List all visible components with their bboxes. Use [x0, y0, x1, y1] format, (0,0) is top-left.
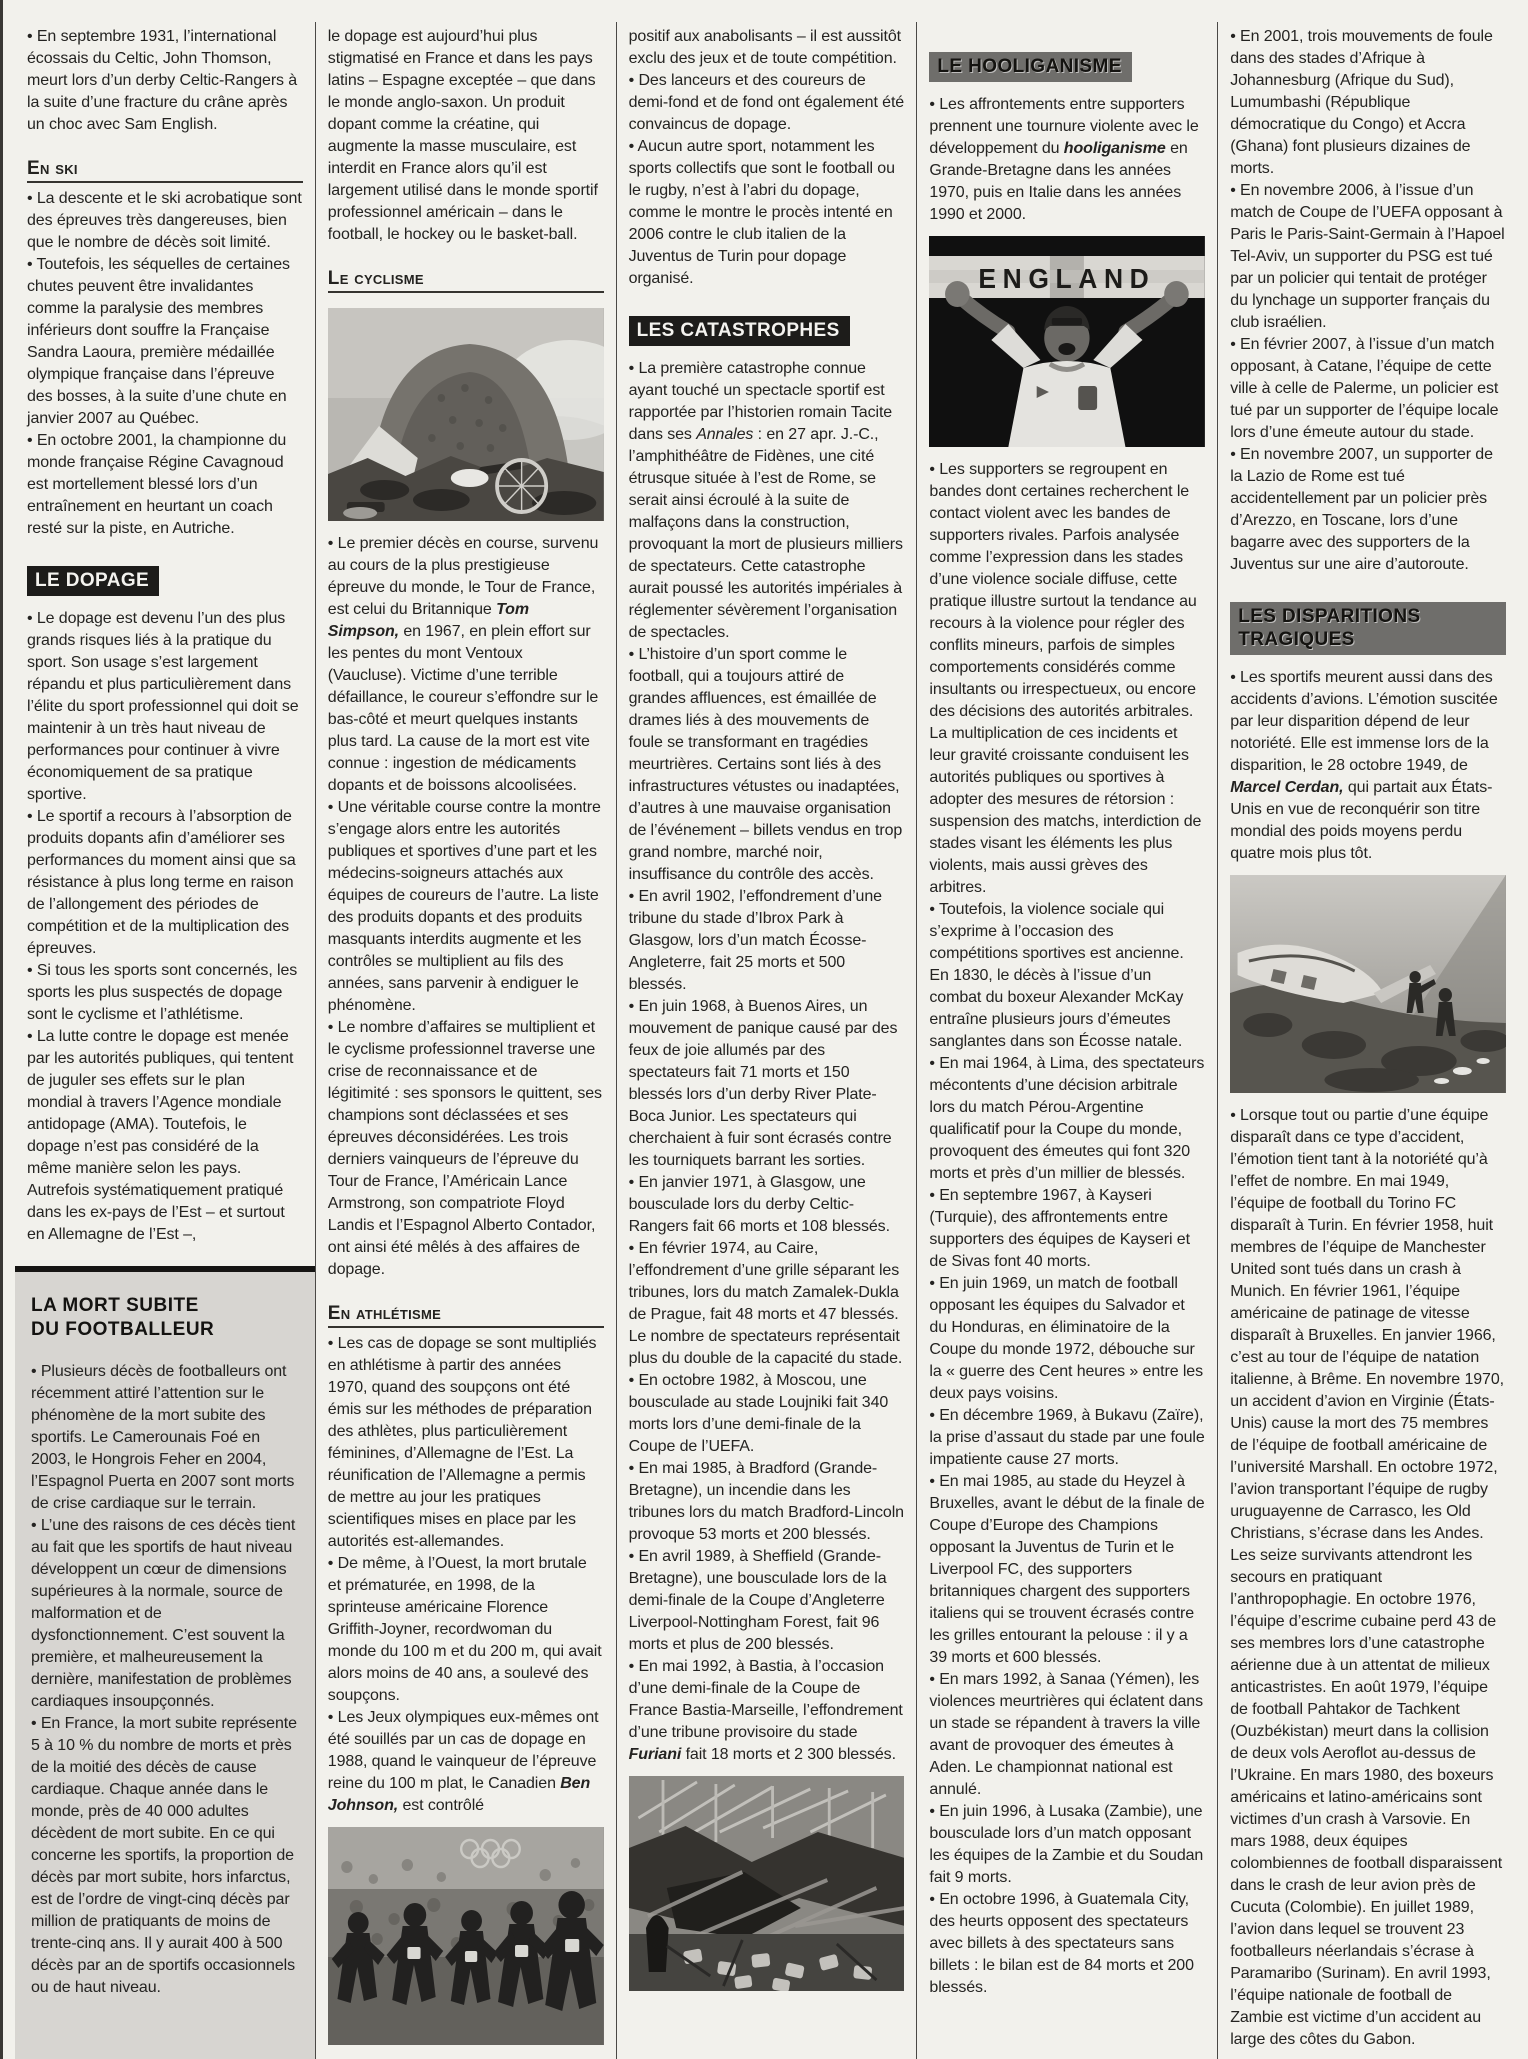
- text-run: • Si tous les sports sont concernés, les…: [27, 962, 297, 1023]
- text-run: • En mai 1985, au stade du Heyzel à Brux…: [929, 1473, 1204, 1666]
- column-3: positif aux anabolisants – il est aussit…: [616, 22, 917, 2059]
- text-run: • En janvier 1971, à Glasgow, une bouscu…: [629, 1174, 890, 1235]
- text-run: • En juin 1996, à Lusaka (Zambie), une b…: [929, 1803, 1203, 1886]
- furiani-collapse-photo: [629, 1776, 905, 1991]
- body-paragraph: • En décembre 1969, à Bukavu (Zaïre), la…: [929, 1405, 1205, 1471]
- body-paragraph: • Les sportifs meurent aussi dans des ac…: [1230, 667, 1506, 865]
- text-run: • En mai 1964, à Lima, des spectateurs m…: [929, 1055, 1204, 1182]
- body-paragraph: • Les affrontements entre supporters pre…: [929, 94, 1205, 226]
- body-paragraph: • En février 1974, au Caire, l’effondrem…: [629, 1238, 905, 1370]
- body-paragraph: • Le premier décès en course, survenu au…: [328, 533, 604, 797]
- text-run: • Les supporters se regroupent en bandes…: [929, 461, 1201, 896]
- body-paragraph: • De même, à l’Ouest, la mort brutale et…: [328, 1553, 604, 1707]
- body-paragraph: • En mai 1964, à Lima, des spectateurs m…: [929, 1053, 1205, 1185]
- text-run: • En mai 1985, à Bradford (Grande-Bretag…: [629, 1460, 904, 1543]
- body-paragraph: • En mai 1985, au stade du Heyzel à Brux…: [929, 1471, 1205, 1669]
- body-paragraph: • En juin 1968, à Buenos Aires, un mouve…: [629, 996, 905, 1172]
- section-header: LE HOOLIGANISME: [929, 52, 1131, 82]
- england-supporter-photo: ENGLAND: [929, 236, 1205, 447]
- body-paragraph: • Le sportif a recours à l’absorption de…: [27, 806, 303, 960]
- text-run: • La descente et le ski acrobatique sont…: [27, 190, 302, 251]
- column-2: le dopage est aujourd’hui plus stigmatis…: [315, 22, 616, 2059]
- text-run: • En 2001, trois mouvements de foule dan…: [1230, 28, 1493, 177]
- section-header: LES CATASTROPHES: [629, 316, 850, 346]
- body-paragraph: • En octobre 1996, à Guatemala City, des…: [929, 1889, 1205, 1999]
- column-5: • En 2001, trois mouvements de foule dan…: [1217, 22, 1518, 2059]
- text-run: • En octobre 1996, à Guatemala City, des…: [929, 1891, 1194, 1996]
- body-paragraph: • La première catastrophe connue ayant t…: [629, 358, 905, 644]
- emphasized-text-run: Furiani: [629, 1746, 682, 1763]
- text-run: • L’histoire d’un sport comme le footbal…: [629, 646, 903, 883]
- text-run: • Le dopage est devenu l’un des plus gra…: [27, 610, 299, 803]
- tom-simpson-memorial-photo: [328, 308, 604, 521]
- body-paragraph: • Plusieurs décès de footballeurs ont ré…: [31, 1361, 301, 1515]
- text-run: est contrôlé: [398, 1797, 484, 1814]
- emphasized-text-run: Marcel Cerdan,: [1230, 779, 1343, 796]
- body-paragraph: • La descente et le ski acrobatique sont…: [27, 188, 303, 254]
- text-run: • Les Jeux olympiques eux-mêmes ont été …: [328, 1709, 599, 1792]
- body-paragraph: • Toutefois, la violence sociale qui s’e…: [929, 899, 1205, 1053]
- body-paragraph: • En novembre 2006, à l’issue d’un match…: [1230, 180, 1506, 334]
- body-paragraph: • En 2001, trois mouvements de foule dan…: [1230, 26, 1506, 180]
- body-paragraph: • En avril 1989, à Sheffield (Grande-Bre…: [629, 1546, 905, 1656]
- section-subheader: Le cyclisme: [328, 268, 604, 293]
- body-paragraph: • Une véritable course contre la montre …: [328, 797, 604, 1017]
- body-paragraph: • En septembre 1967, à Kayseri (Turquie)…: [929, 1185, 1205, 1273]
- body-paragraph: • En octobre 2001, la championne du mond…: [27, 430, 303, 540]
- body-paragraph: • En juin 1996, à Lusaka (Zambie), une b…: [929, 1801, 1205, 1889]
- sidebar-box-sudden-death: LA MORT SUBITEDU FOOTBALLEUR• Plusieurs …: [15, 1266, 315, 2059]
- text-run: • Le premier décès en course, survenu au…: [328, 535, 599, 618]
- emphasized-text-run: hooliganisme: [1064, 140, 1166, 157]
- text-run: • En France, la mort subite représente 5…: [31, 1715, 297, 1996]
- body-paragraph: • En octobre 1982, à Moscou, une bouscul…: [629, 1370, 905, 1458]
- text-run: • En octobre 1982, à Moscou, une bouscul…: [629, 1372, 889, 1455]
- text-run: : en 27 apr. J.-C., l’amphithéâtre de Fi…: [629, 426, 903, 641]
- text-run: • Toutefois, les séquelles de certaines …: [27, 256, 290, 427]
- sidebar-box-title: LA MORT SUBITEDU FOOTBALLEUR: [31, 1294, 301, 1343]
- text-run: • En juin 1968, à Buenos Aires, un mouve…: [629, 998, 898, 1169]
- body-paragraph: le dopage est aujourd’hui plus stigmatis…: [328, 26, 604, 246]
- body-paragraph: • Des lanceurs et des coureurs de demi-f…: [629, 70, 905, 136]
- section-header: LE DOPAGE: [27, 566, 159, 596]
- body-paragraph: • Les Jeux olympiques eux-mêmes ont été …: [328, 1707, 604, 1817]
- body-paragraph: • En juin 1969, un match de football opp…: [929, 1273, 1205, 1405]
- text-run: • En septembre 1931, l’international éco…: [27, 28, 297, 133]
- text-run: • Aucun autre sport, notamment les sport…: [629, 138, 895, 287]
- body-paragraph: • Les cas de dopage se sont multipliés e…: [328, 1333, 604, 1553]
- text-run: • Plusieurs décès de footballeurs ont ré…: [31, 1363, 294, 1512]
- body-paragraph: • En mai 1992, à Bastia, à l’occasion d’…: [629, 1656, 905, 1766]
- text-run: • En mars 1992, à Sanaa (Yémen), les vio…: [929, 1671, 1203, 1798]
- text-run: • En février 1974, au Caire, l’effondrem…: [629, 1240, 903, 1367]
- text-run: • Toutefois, la violence sociale qui s’e…: [929, 901, 1183, 1050]
- magazine-page: • En septembre 1931, l’international éco…: [0, 0, 1528, 2059]
- emphasized-text-run: Annales: [696, 426, 753, 443]
- text-run: • Les sportifs meurent aussi dans des ac…: [1230, 669, 1497, 774]
- body-paragraph: • Le dopage est devenu l’un des plus gra…: [27, 608, 303, 806]
- section-header: LES DISPARITIONS TRAGIQUES: [1230, 602, 1506, 655]
- body-paragraph: • En septembre 1931, l’international éco…: [27, 26, 303, 136]
- body-paragraph: • L’une des raisons de ces décès tient a…: [31, 1515, 301, 1713]
- body-paragraph: • En janvier 1971, à Glasgow, une bouscu…: [629, 1172, 905, 1238]
- body-paragraph: • En février 2007, à l’issue d’un match …: [1230, 334, 1506, 444]
- body-paragraph: • Si tous les sports sont concernés, les…: [27, 960, 303, 1026]
- body-paragraph: • La lutte contre le dopage est menée pa…: [27, 1026, 303, 1246]
- text-run: • En avril 1989, à Sheffield (Grande-Bre…: [629, 1548, 887, 1653]
- body-paragraph: • En avril 1902, l’effondrement d’une tr…: [629, 886, 905, 996]
- section-subheader: En athlétisme: [328, 1303, 604, 1328]
- text-run: positif aux anabolisants – il est aussit…: [629, 28, 901, 67]
- text-run: • En avril 1902, l’effondrement d’une tr…: [629, 888, 882, 993]
- text-run: • En septembre 1967, à Kayseri (Turquie)…: [929, 1187, 1190, 1270]
- text-run: le dopage est aujourd’hui plus stigmatis…: [328, 28, 598, 243]
- body-paragraph: positif aux anabolisants – il est aussit…: [629, 26, 905, 70]
- text-run: • Le sportif a recours à l’absorption de…: [27, 808, 296, 957]
- text-run: en 1967, en plein effort sur les pentes …: [328, 623, 598, 794]
- body-paragraph: • Les supporters se regroupent en bandes…: [929, 459, 1205, 899]
- section-subheader: En ski: [27, 158, 303, 183]
- text-run: • Les cas de dopage se sont multipliés e…: [328, 1335, 597, 1550]
- plane-crash-photo: [1230, 875, 1506, 1093]
- body-paragraph: • Toutefois, les séquelles de certaines …: [27, 254, 303, 430]
- body-paragraph: • En France, la mort subite représente 5…: [31, 1713, 301, 1999]
- body-paragraph: • En novembre 2007, un supporter de la L…: [1230, 444, 1506, 576]
- text-run: • En octobre 2001, la championne du mond…: [27, 432, 286, 537]
- text-run: • De même, à l’Ouest, la mort brutale et…: [328, 1555, 602, 1704]
- body-paragraph: • En mars 1992, à Sanaa (Yémen), les vio…: [929, 1669, 1205, 1801]
- sidebar-box-title-line: DU FOOTBALLEUR: [31, 1319, 214, 1340]
- svg-text:ENGLAND: ENGLAND: [979, 262, 1156, 294]
- text-run: • L’une des raisons de ces décès tient a…: [31, 1517, 295, 1710]
- body-paragraph: • En mai 1985, à Bradford (Grande-Bretag…: [629, 1458, 905, 1546]
- column-1: • En septembre 1931, l’international éco…: [15, 22, 315, 2059]
- text-run: • En février 2007, à l’issue d’un match …: [1230, 336, 1498, 441]
- text-run: • En novembre 2007, un supporter de la L…: [1230, 446, 1493, 573]
- text-run: fait 18 morts et 2 300 blessés.: [681, 1746, 896, 1763]
- text-run: • En décembre 1969, à Bukavu (Zaïre), la…: [929, 1407, 1204, 1468]
- sidebar-box-title-line: LA MORT SUBITE: [31, 1295, 199, 1316]
- text-run: • Le nombre d’affaires se multiplient et…: [328, 1019, 602, 1278]
- body-paragraph: • Le nombre d’affaires se multiplient et…: [328, 1017, 604, 1281]
- text-run: • Une véritable course contre la montre …: [328, 799, 601, 1014]
- body-paragraph: • Lorsque tout ou partie d’une équipe di…: [1230, 1105, 1506, 2051]
- text-run: • La lutte contre le dopage est menée pa…: [27, 1028, 293, 1243]
- text-run: • En novembre 2006, à l’issue d’un match…: [1230, 182, 1504, 331]
- text-run: • Des lanceurs et des coureurs de demi-f…: [629, 72, 905, 133]
- text-run: • Lorsque tout ou partie d’une équipe di…: [1230, 1107, 1504, 2048]
- ben-johnson-race-photo: [328, 1827, 604, 2045]
- body-paragraph: • L’histoire d’un sport comme le footbal…: [629, 644, 905, 886]
- column-4: LE HOOLIGANISME• Les affrontements entre…: [916, 22, 1217, 2059]
- text-run: • En mai 1992, à Bastia, à l’occasion d’…: [629, 1658, 903, 1741]
- text-run: • En juin 1969, un match de football opp…: [929, 1275, 1203, 1402]
- body-paragraph: • Aucun autre sport, notamment les sport…: [629, 136, 905, 290]
